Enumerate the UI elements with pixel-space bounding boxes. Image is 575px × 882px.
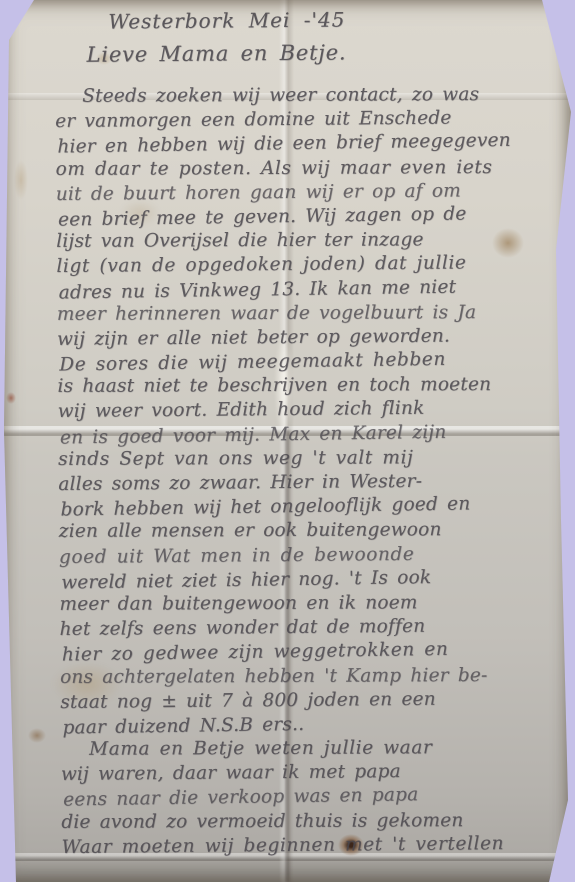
letter-photograph: Westerbork Mei -'45 Lieve Mama en Betje.… <box>0 0 575 882</box>
paper-edge-shadow <box>0 0 575 882</box>
letter-paper: Westerbork Mei -'45 Lieve Mama en Betje.… <box>0 0 575 882</box>
